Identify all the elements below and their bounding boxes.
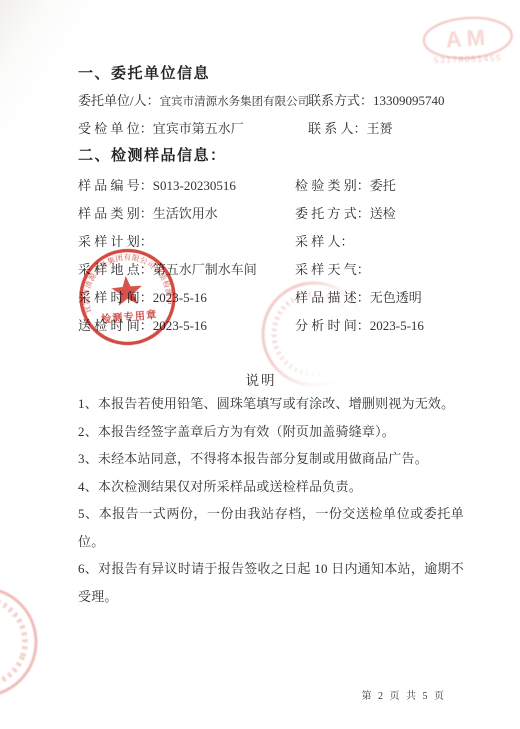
field-label: 采 样 计 划： <box>78 234 153 249</box>
table-row: 受 检 单 位：宜宾市第五水厂 联 系 人：王赟 <box>78 114 462 142</box>
page-number-indicator: 第 2 页 共 5 页 <box>362 687 447 702</box>
note-item: 5、本报告一式两份，一份由我站存档，一份交送检单位或委托单位。 <box>78 500 464 555</box>
notes-title: 说明 <box>78 369 444 389</box>
field-label: 委 托 方 式： <box>295 206 370 221</box>
oval-stamp-letters: AM <box>445 24 491 52</box>
table-row: 采 样 时 间：2023-5-16 样 品 描 述：无色透明 <box>78 282 462 310</box>
oval-stamp-border <box>423 15 514 61</box>
field-label: 委托单位/人： <box>78 93 160 108</box>
field-value: 送检 <box>370 206 396 221</box>
field-label: 联系方式： <box>308 93 373 108</box>
field-value: 2023-5-16 <box>153 290 207 305</box>
scanned-report-page: 一、委托单位信息 委托单位/人：宜宾市清源水务集团有限公司 联系方式：13309… <box>0 0 520 729</box>
field-value: S013-20230516 <box>153 178 236 193</box>
note-item: 6、对报告有异议时请于报告签收之日起 10 日内通知本站，逾期不受理。 <box>78 555 464 610</box>
table-row: 委托单位/人：宜宾市清源水务集团有限公司 联系方式：13309095740 <box>78 86 462 114</box>
field-label: 样 品 描 述： <box>295 290 370 305</box>
table-row: 采 样 地 点：第五水厂制水车间 采 样 天 气： <box>78 254 462 282</box>
field-label: 样 品 编 号： <box>78 178 153 193</box>
field-value: 无色透明 <box>370 290 422 305</box>
field-label: 联 系 人： <box>308 121 367 136</box>
section1-rows: 委托单位/人：宜宾市清源水务集团有限公司 联系方式：13309095740 受 … <box>78 86 462 141</box>
field-value: 2023-5-16 <box>153 318 207 333</box>
section1-title: 一、委托单位信息 <box>78 62 462 83</box>
field-label: 采 样 人： <box>295 234 354 249</box>
field-value: 宜宾市清源水务集团有限公司 <box>160 96 310 108</box>
field-label: 受 检 单 位： <box>78 121 153 136</box>
field-value: 王赟 <box>367 121 393 136</box>
notes-list: 1、本报告若使用铅笔、圆珠笔填写或有涂改、增删则视为无效。 2、本报告经签字盖章… <box>78 390 464 610</box>
section2-title: 二、检测样品信息： <box>78 144 462 165</box>
note-item: 3、未经本站同意，不得将本报告部分复制或用做商品广告。 <box>78 445 464 473</box>
field-value: 委托 <box>370 178 396 193</box>
field-value: 生活饮用水 <box>153 206 218 221</box>
table-row: 送 检 时 间：2023-5-16 分 析 时 间：2023-5-16 <box>78 310 462 338</box>
corner-seal-stamp <box>0 568 56 717</box>
field-value: 2023-5-16 <box>370 318 424 333</box>
field-label: 采 样 地 点： <box>78 262 153 277</box>
field-label: 采 样 天 气： <box>295 262 370 277</box>
section2-rows: 样 品 编 号：S013-20230516 检 验 类 别：委托 样 品 类 别… <box>78 170 462 338</box>
seal-arc-text-marks <box>0 587 37 697</box>
table-row: 采 样 计 划： 采 样 人： <box>78 226 462 254</box>
table-row: 样 品 类 别：生活饮用水 委 托 方 式：送检 <box>78 198 462 226</box>
field-label: 采 样 时 间： <box>78 290 153 305</box>
note-item: 1、本报告若使用铅笔、圆珠笔填写或有涂改、增删则视为无效。 <box>78 390 464 418</box>
table-row: 样 品 编 号：S013-20230516 检 验 类 别：委托 <box>78 170 462 198</box>
field-label: 检 验 类 别： <box>295 178 370 193</box>
field-label: 分 析 时 间： <box>295 318 370 333</box>
seal-ring <box>0 573 51 711</box>
field-value: 13309095740 <box>373 93 445 108</box>
note-item: 4、本次检测结果仅对所采样品或送检样品负责。 <box>78 473 464 501</box>
note-item: 2、本报告经签字盖章后方为有效（附页加盖骑缝章）。 <box>78 418 464 446</box>
field-value: 第五水厂制水车间 <box>153 262 257 277</box>
field-value: 宜宾市第五水厂 <box>153 121 244 136</box>
field-label: 样 品 类 别： <box>78 206 153 221</box>
field-label: 送 检 时 间： <box>78 318 153 333</box>
